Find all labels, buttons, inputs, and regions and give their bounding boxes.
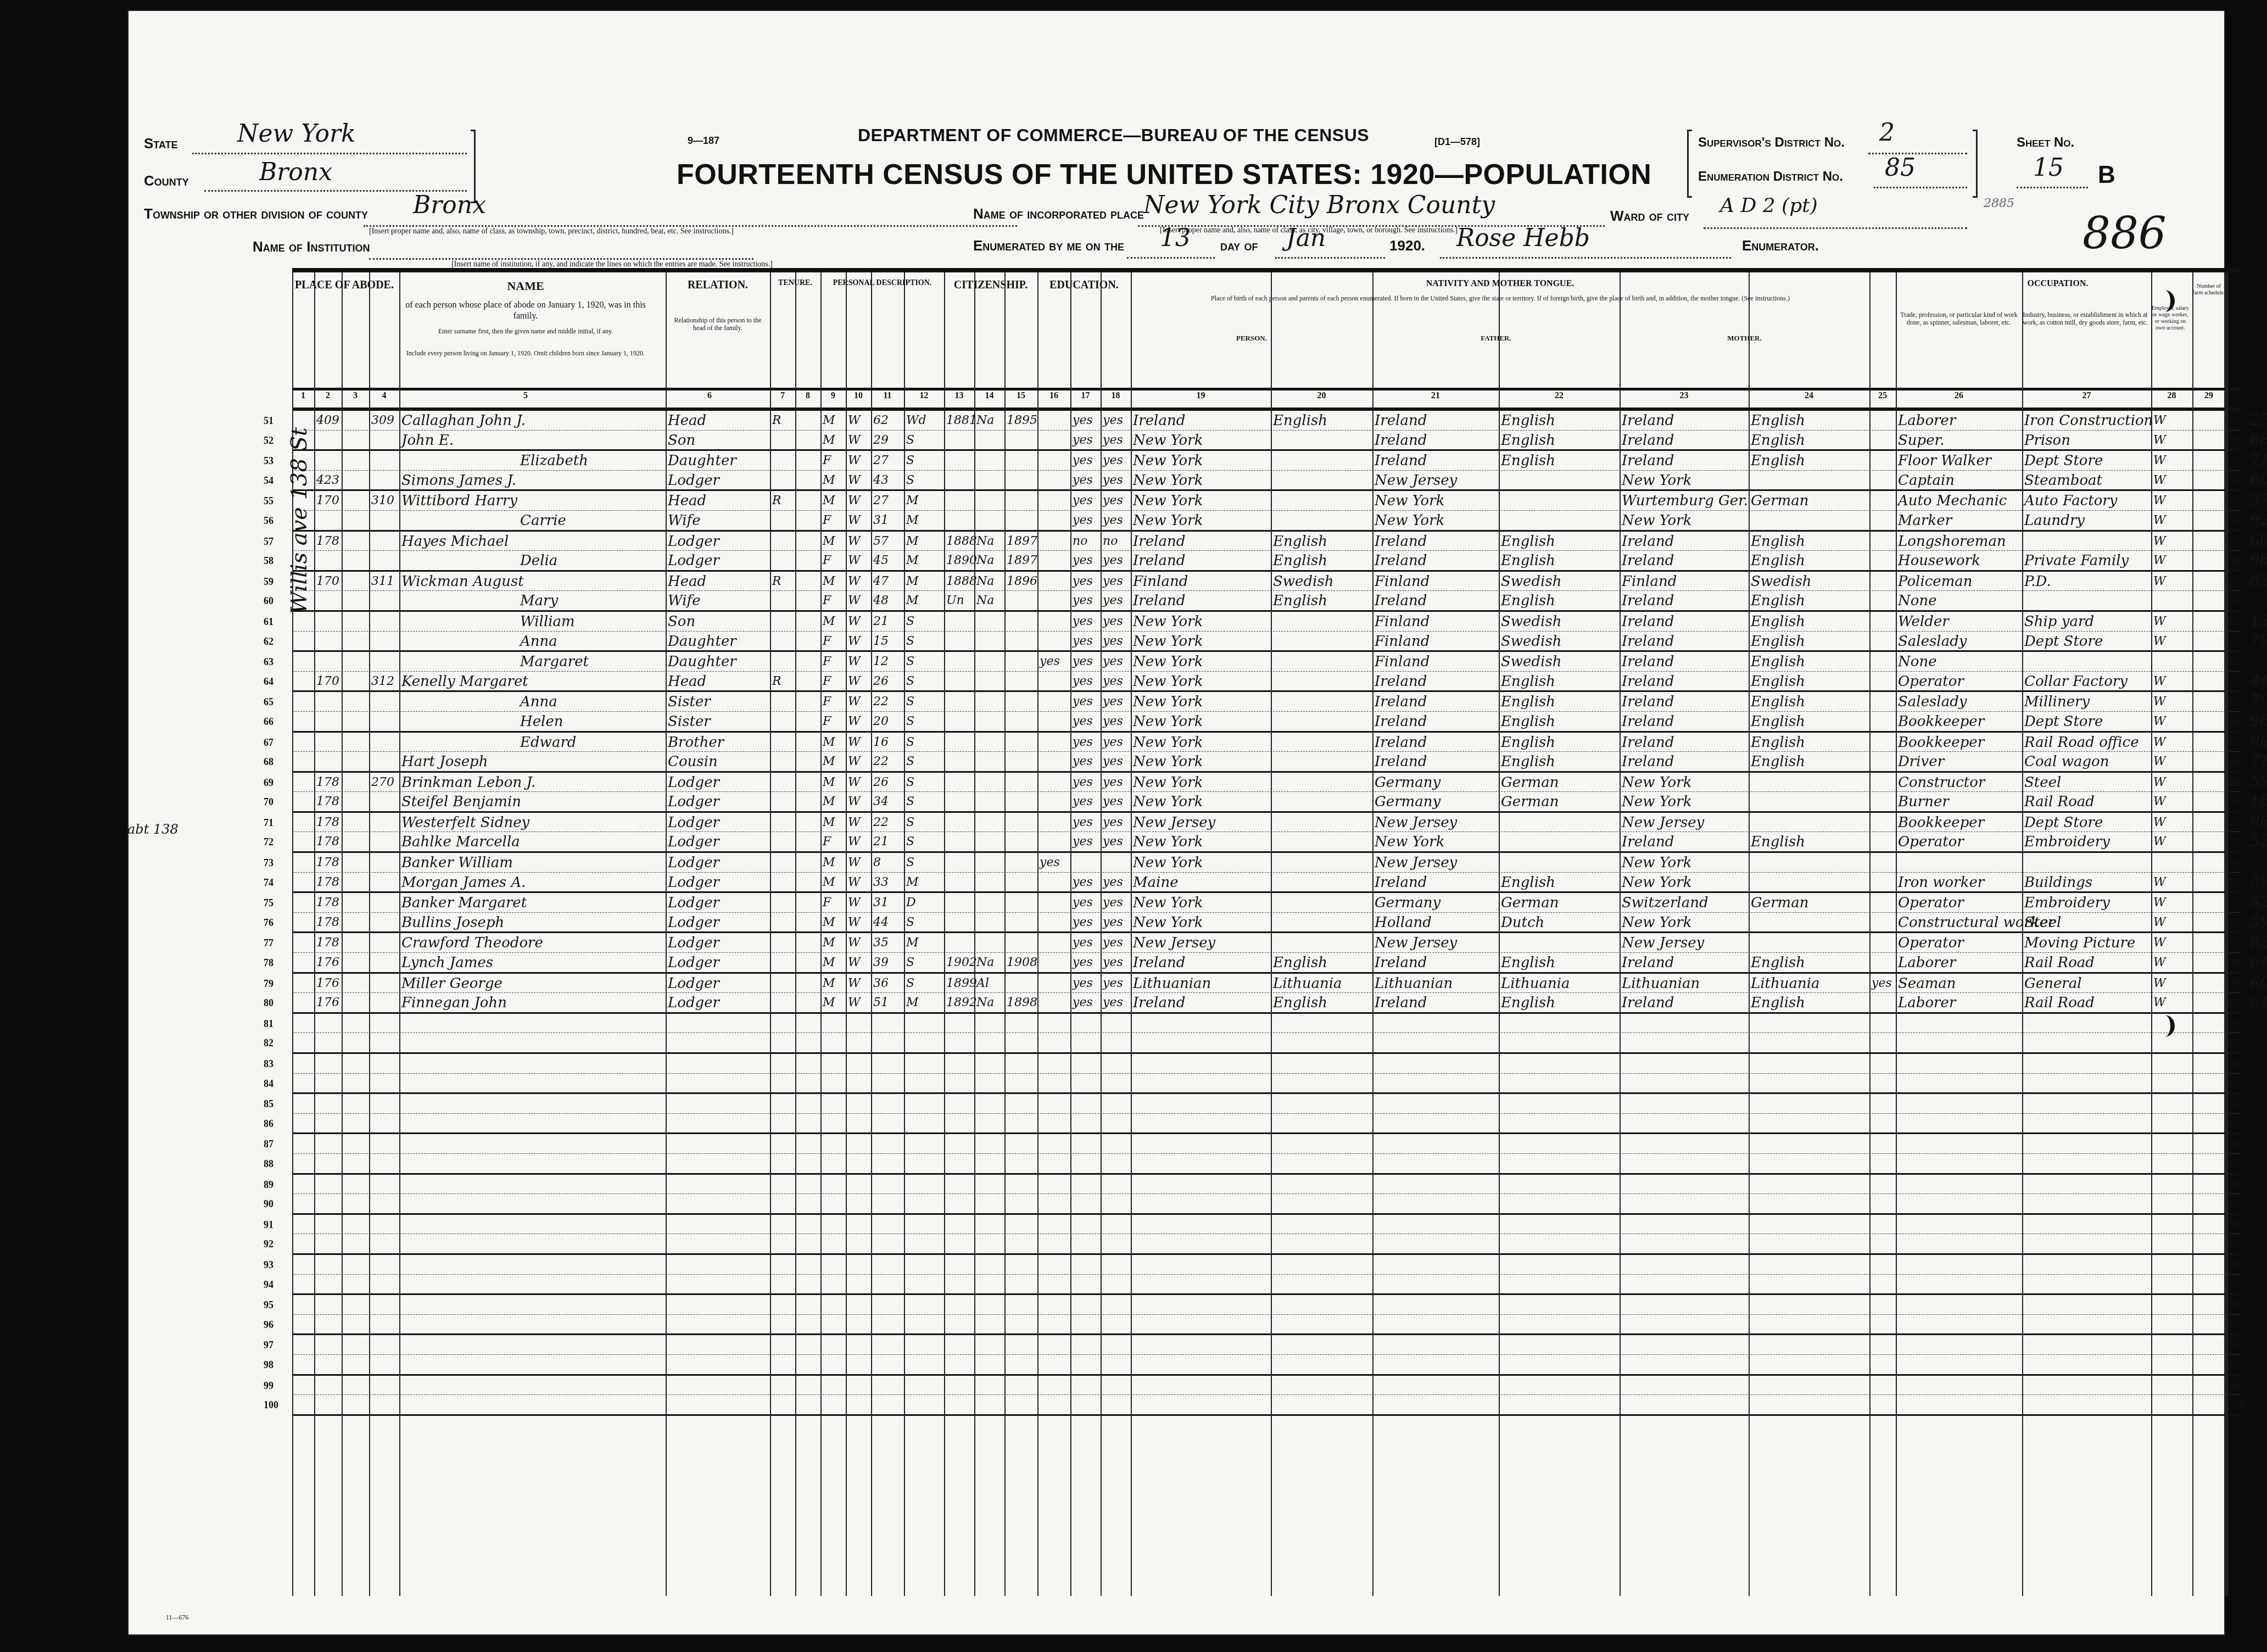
cell-marital: S	[906, 773, 914, 791]
cell-trade: Laborer	[1898, 411, 1956, 429]
column-number: 16	[1049, 391, 1058, 401]
cell-pob: New York	[1133, 712, 1203, 730]
cell-age: 34	[873, 792, 889, 811]
cell-age: 47	[873, 572, 889, 590]
enumeration-value: 85	[1885, 154, 1916, 182]
cell-write: yes	[1103, 632, 1123, 650]
cell-write: yes	[1103, 451, 1123, 470]
cell-trade: Marker	[1898, 511, 1952, 529]
line-number-right: 84	[2230, 1078, 2240, 1090]
cell-f-pob: New Jersey	[1375, 813, 1457, 831]
cell-age: 15	[873, 632, 889, 650]
cell-natyr: 1896	[1007, 572, 1037, 590]
line-number-right: 51	[2230, 415, 2240, 427]
table-row: 170310Wittibord HarryHeadRMW27MyesyesNew…	[292, 491, 2239, 511]
person-heading: PERSON.	[1131, 334, 1372, 343]
cell-industry: Dept Store	[2024, 813, 2103, 831]
cell-name: John E.	[401, 431, 454, 449]
cell-race: W	[848, 511, 861, 529]
cell-relation: Lodger	[668, 893, 719, 912]
cell-m-pob: New York	[1622, 511, 1691, 529]
cell-age: 62	[873, 411, 889, 429]
cell-pob: Ireland	[1133, 411, 1185, 429]
cell-sex: M	[823, 773, 835, 791]
cell-pob: New York	[1133, 893, 1203, 912]
line-number-right: 90	[2230, 1198, 2240, 1210]
cell-emp: W	[2153, 832, 2166, 851]
column-divider	[795, 272, 796, 1596]
line-number-right: 71	[2230, 817, 2240, 829]
column-divider	[1372, 272, 1373, 1596]
cell-immig: 1888	[946, 532, 977, 550]
cell-race: W	[848, 551, 861, 570]
occupation-code: 928	[2250, 511, 2267, 529]
cell-name: Delia	[520, 551, 557, 570]
cell-family: 310	[371, 491, 394, 510]
cell-write: yes	[1103, 491, 1123, 510]
cell-relation: Lodger	[668, 974, 719, 992]
table-row: WilliamSonMW21SyesyesNew YorkFinlandSwed…	[292, 612, 2239, 632]
cell-m-tongue: Lithuania	[1751, 974, 1820, 992]
occupation-code: 604	[2250, 532, 2267, 550]
cell-pob: Lithuanian	[1133, 974, 1211, 992]
cell-relation: Head	[668, 491, 706, 510]
cell-read: yes	[1073, 511, 1093, 529]
column-number: 7	[780, 391, 785, 401]
cell-trade: Super.	[1898, 431, 1944, 449]
cell-age: 39	[873, 953, 889, 972]
cell-f-pob: Ireland	[1375, 953, 1427, 972]
cell-marital: S	[906, 974, 914, 992]
line-number: 67	[264, 737, 273, 749]
cell-house: 178	[316, 913, 339, 931]
cell-age: 31	[873, 511, 889, 529]
line-number-right: 67	[2230, 737, 2240, 749]
cell-read: yes	[1073, 832, 1093, 851]
supervisor-value: 2	[1879, 119, 1895, 147]
cell-marital: S	[906, 792, 914, 811]
cell-f-tongue: Swedish	[1501, 632, 1562, 650]
occupation-code: 713	[2250, 451, 2267, 469]
cell-pob: New York	[1133, 632, 1203, 650]
day-of-label: day of	[1220, 237, 1258, 254]
cell-sex: M	[823, 933, 835, 952]
occupation-code: 138	[2250, 612, 2267, 630]
occupation-code: 988	[2250, 733, 2267, 751]
cell-relation: Lodger	[668, 993, 719, 1012]
cell-age: 29	[873, 431, 889, 449]
column-number: 6	[707, 391, 712, 401]
column-number: 25	[1878, 391, 1887, 401]
line-number: 86	[264, 1118, 273, 1130]
cell-m-pob: Ireland	[1622, 551, 1674, 570]
cell-nat: Na	[976, 551, 994, 570]
cell-pob: Ireland	[1133, 953, 1185, 972]
cell-m-pob: Ireland	[1622, 953, 1674, 972]
cell-emp: W	[2153, 712, 2166, 730]
cell-race: W	[848, 893, 861, 912]
cell-name: Kenelly Margaret	[401, 672, 528, 690]
cell-f-pob: Ireland	[1375, 591, 1427, 610]
cell-m-pob: New York	[1622, 773, 1691, 791]
cell-m-tongue: English	[1751, 652, 1805, 671]
column-divider	[314, 272, 315, 1596]
table-row: 9797	[292, 1335, 2239, 1355]
column-number: 24	[1805, 391, 1813, 401]
table-row: 8484	[292, 1074, 2239, 1095]
cell-m-pob: Ireland	[1622, 733, 1674, 751]
table-row: 9090	[292, 1194, 2239, 1215]
cell-trade: Operator	[1898, 933, 1964, 952]
cell-age: 51	[873, 993, 889, 1012]
table-row: 178Westerfelt SidneyLodgerMW22SyesyesNew…	[292, 813, 2239, 833]
cell-industry: Steel	[2024, 913, 2061, 931]
cell-marital: S	[906, 692, 914, 711]
line-number-right: 86	[2230, 1118, 2240, 1130]
cell-race: W	[848, 832, 861, 851]
line-number-right: 64	[2230, 676, 2240, 688]
cell-marital: M	[906, 873, 919, 891]
line-number: 64	[264, 676, 273, 688]
cell-m-pob: New York	[1622, 873, 1691, 891]
cell-name: Bullins Joseph	[401, 913, 504, 931]
column-divider	[2192, 272, 2193, 1596]
line-number: 90	[264, 1198, 273, 1210]
line-number: 60	[264, 595, 273, 607]
table-row: Hart JosephCousinMW22SyesyesNew YorkIrel…	[292, 752, 2239, 773]
column-number: 26	[1955, 391, 1963, 401]
cell-m-tongue: English	[1751, 752, 1805, 771]
table-row: 170311Wickman AugustHeadRMW47M1888Na1896…	[292, 572, 2239, 591]
cell-age: 8	[873, 853, 881, 872]
cell-tongue: English	[1273, 551, 1327, 570]
cell-marital: M	[906, 572, 919, 590]
name-desc: of each person whose place of abode on J…	[405, 300, 646, 322]
cell-f-tongue: English	[1501, 431, 1555, 449]
footer-code: 11—676	[166, 1614, 189, 1622]
cell-emp: W	[2153, 471, 2166, 489]
table-row: 176Miller GeorgeLodgerMW36S1899AlyesyesL…	[292, 974, 2239, 994]
cell-race: W	[848, 773, 861, 791]
cell-relation: Lodger	[668, 792, 719, 811]
cell-nat: Na	[976, 532, 994, 550]
cell-tongue: English	[1273, 953, 1327, 972]
cell-sex: F	[823, 893, 831, 912]
line-number-right: 69	[2230, 777, 2240, 789]
cell-age: 57	[873, 532, 889, 550]
cell-sex: M	[823, 993, 835, 1012]
table-row: 178Morgan James A.LodgerMW33MyesyesMaine…	[292, 873, 2239, 894]
cell-industry: Dept Store	[2024, 632, 2103, 650]
line-number: 75	[264, 897, 273, 909]
enumeration-label: Enumeration District No.	[1698, 169, 1843, 185]
cell-sex: M	[823, 752, 835, 771]
incorporated-place-value: New York City Bronx County	[1143, 191, 1495, 219]
line-number-right: 62	[2230, 636, 2240, 648]
cell-pob: New York	[1133, 853, 1203, 872]
cell-age: 22	[873, 752, 889, 771]
cell-emp: W	[2153, 752, 2166, 771]
group-place-of-abode: PLACE OF ABODE.	[292, 279, 397, 292]
cell-f-pob: Germany	[1375, 773, 1440, 791]
cell-immig: Un	[946, 591, 964, 610]
cell-marital: S	[906, 913, 914, 931]
cell-relation: Lodger	[668, 873, 719, 891]
column-divider	[974, 272, 975, 1596]
cell-natyr: 1898	[1007, 993, 1037, 1012]
column-divider	[1499, 272, 1500, 1596]
cell-emp: W	[2153, 773, 2166, 791]
cell-trade: Longshoreman	[1898, 532, 2006, 550]
cell-relation: Cousin	[668, 752, 718, 771]
cell-house: 176	[316, 974, 339, 992]
cell-write: yes	[1103, 933, 1123, 952]
line-number-right: 88	[2230, 1158, 2240, 1170]
cell-emp: W	[2153, 893, 2166, 912]
occupation-code: 988	[2250, 813, 2267, 831]
cell-relation: Lodger	[668, 471, 719, 489]
column-divider	[1037, 272, 1038, 1596]
line-number-right: 76	[2230, 917, 2240, 929]
occupation-code: 590	[2250, 913, 2267, 931]
occupation-code: 640	[2250, 993, 2267, 1011]
cell-marital: S	[906, 712, 914, 730]
table-row: 9393	[292, 1255, 2239, 1275]
cell-name: Lynch James	[401, 953, 493, 972]
cell-industry: Steel	[2024, 773, 2061, 791]
cell-family: 312	[371, 672, 394, 690]
cell-age: 21	[873, 612, 889, 630]
occupation-code: 820	[2250, 572, 2267, 590]
cell-sex: M	[823, 733, 835, 751]
cell-industry: Embroidery	[2024, 893, 2110, 912]
bracket	[1973, 130, 1978, 198]
cell-sex: M	[823, 813, 835, 831]
cell-relation: Wife	[668, 511, 701, 529]
cell-age: 44	[873, 913, 889, 931]
cell-sex: F	[823, 632, 831, 650]
line-number: 53	[264, 455, 273, 467]
line-number: 69	[264, 777, 273, 789]
line-number-right: 81	[2230, 1018, 2240, 1030]
column-divider	[1749, 272, 1750, 1596]
cell-sex: M	[823, 612, 835, 630]
industry-desc: Industry, business, or establishment in …	[2022, 311, 2148, 326]
cell-industry: Millinery	[2024, 692, 2090, 711]
cell-immig: 1888	[946, 572, 977, 590]
column-divider	[666, 272, 667, 1596]
cell-marital: M	[906, 551, 919, 570]
cell-relation: Lodger	[668, 953, 719, 972]
cell-race: W	[848, 451, 861, 470]
cell-race: W	[848, 752, 861, 771]
cell-immig: 1899	[946, 974, 977, 992]
cell-m-tongue: Swedish	[1751, 572, 1812, 590]
binding-hole	[2154, 290, 2175, 312]
cell-age: 22	[873, 692, 889, 711]
page-title: FOURTEENTH CENSUS OF THE UNITED STATES: …	[677, 158, 1651, 191]
column-divider	[2225, 272, 2228, 1596]
cell-read: yes	[1073, 752, 1093, 771]
cell-house: 170	[316, 491, 339, 510]
cell-read: yes	[1073, 431, 1093, 449]
column-number: 20	[1317, 391, 1326, 401]
cell-pob: Ireland	[1133, 993, 1185, 1012]
line-number: 89	[264, 1179, 273, 1191]
column-divider	[944, 272, 945, 1596]
cell-m-tongue: English	[1751, 551, 1805, 570]
line-number: 54	[264, 475, 273, 487]
cell-m-tongue: English	[1751, 451, 1805, 470]
cell-house: 178	[316, 773, 339, 791]
group-education: EDUCATION.	[1037, 279, 1131, 292]
cell-industry: Rail Road office	[2024, 733, 2139, 751]
cell-name: Finnegan John	[401, 993, 507, 1012]
line-number: 84	[264, 1078, 273, 1090]
column-number: 18	[1112, 391, 1120, 401]
table-row: 8787	[292, 1134, 2239, 1154]
cell-m-tongue: English	[1751, 632, 1805, 650]
cell-trade: Constructor	[1898, 773, 1985, 791]
cell-age: 26	[873, 672, 889, 690]
cell-m-pob: New York	[1622, 471, 1691, 489]
cell-m-tongue: English	[1751, 993, 1805, 1012]
line-number-right: 58	[2230, 555, 2240, 567]
cell-sex: M	[823, 853, 835, 872]
cell-name: Miller George	[401, 974, 502, 992]
cell-write: yes	[1103, 813, 1123, 831]
line-number: 58	[264, 555, 273, 567]
cell-read: yes	[1073, 572, 1093, 590]
column-number: 11	[883, 391, 891, 401]
cell-name: Hayes Michael	[401, 532, 509, 550]
cell-house: 178	[316, 873, 339, 891]
supervisor-label: Supervisor's District No.	[1698, 135, 1845, 150]
cell-m-pob: Ireland	[1622, 431, 1674, 449]
cell-read: yes	[1073, 974, 1093, 992]
cell-relation: Lodger	[668, 913, 719, 931]
cell-write: yes	[1103, 431, 1123, 449]
cell-relation: Head	[668, 411, 706, 429]
cell-sex: F	[823, 712, 831, 730]
cell-name: Crawford Theodore	[401, 933, 543, 952]
cell-f-pob: Ireland	[1375, 692, 1427, 711]
column-number-row: 1234567891011121314151617181920212223242…	[292, 388, 2239, 411]
cell-race: W	[848, 532, 861, 550]
occupation-code: 526	[2250, 832, 2267, 850]
column-divider	[820, 272, 822, 1596]
cell-sex: M	[823, 913, 835, 931]
cell-emp: W	[2153, 411, 2166, 429]
cell-read: yes	[1073, 591, 1093, 610]
cell-relation: Lodger	[668, 532, 719, 550]
cell-m-pob: Ireland	[1622, 632, 1674, 650]
line-number-right: 99	[2230, 1380, 2240, 1392]
cell-tenure: R	[772, 491, 781, 510]
table-row: 170312Kenelly MargaretHeadRFW26SyesyesNe…	[292, 672, 2239, 693]
line-number-right: 80	[2230, 997, 2240, 1009]
cell-f-pob: Finland	[1375, 572, 1430, 590]
cell-marital: S	[906, 752, 914, 771]
cell-industry: Embroidery	[2024, 832, 2110, 851]
column-number: 28	[2168, 391, 2176, 401]
cell-m-pob: Ireland	[1622, 993, 1674, 1012]
occupation-code: 180	[2250, 792, 2267, 810]
cell-emp: W	[2153, 491, 2166, 510]
cell-m-tongue: English	[1751, 953, 1805, 972]
cell-family: 311	[371, 572, 394, 590]
cell-marital: S	[906, 853, 914, 872]
line-number: 61	[264, 616, 273, 628]
line-number-right: 95	[2230, 1299, 2240, 1311]
cell-m-pob: Ireland	[1622, 672, 1674, 690]
cell-f-pob: Ireland	[1375, 712, 1427, 730]
cell-family: 309	[371, 411, 394, 429]
line-number-right: 63	[2230, 656, 2240, 668]
table-row: 8989	[292, 1175, 2239, 1195]
cell-trade: Operator	[1898, 832, 1964, 851]
cell-sex: M	[823, 873, 835, 891]
cell-f-tongue: English	[1501, 733, 1555, 751]
cell-m-pob: Ireland	[1622, 712, 1674, 730]
column-divider	[770, 272, 771, 1596]
cell-trade: Saleslady	[1898, 632, 1967, 650]
cell-marital: S	[906, 652, 914, 671]
cell-immig: 1881	[946, 411, 977, 429]
occupation-code: 526	[2250, 893, 2267, 911]
cell-tenure: R	[772, 411, 781, 429]
line-number-right: 52	[2230, 435, 2240, 447]
line-number: 62	[264, 636, 273, 648]
cell-m-pob: Switzerland	[1622, 893, 1708, 912]
line-number-right: 56	[2230, 515, 2240, 527]
table-row: 8383	[292, 1054, 2239, 1074]
line-number: 76	[264, 917, 273, 929]
line-number: 77	[264, 937, 273, 949]
table-row: 9494	[292, 1275, 2239, 1296]
cell-m-pob: Ireland	[1622, 692, 1674, 711]
cell-pob: Maine	[1133, 873, 1179, 891]
cell-read: yes	[1073, 873, 1093, 891]
cell-read: yes	[1073, 672, 1093, 690]
cell-industry: Steamboat	[2024, 471, 2102, 489]
state-label: State	[144, 135, 178, 152]
cell-pob: New York	[1133, 832, 1203, 851]
cell-write: yes	[1103, 692, 1123, 711]
cell-read: yes	[1073, 632, 1093, 650]
bracket	[1687, 130, 1692, 198]
cell-pob: New York	[1133, 792, 1203, 811]
line-number-right: 57	[2230, 536, 2240, 548]
line-number: 96	[264, 1319, 273, 1331]
cell-read: no	[1073, 532, 1087, 550]
cell-pob: New York	[1133, 773, 1203, 791]
cell-age: 45	[873, 551, 889, 570]
occupation-code: 885	[2250, 431, 2267, 449]
cell-sex: M	[823, 953, 835, 972]
line-number: 80	[264, 997, 273, 1009]
cell-name: Westerfelt Sidney	[401, 813, 529, 831]
cell-f-pob: Ireland	[1375, 551, 1427, 570]
county-value: Bronx	[259, 158, 332, 186]
cell-read: yes	[1073, 411, 1093, 429]
cell-relation: Sister	[668, 692, 711, 711]
cell-house: 178	[316, 532, 339, 550]
cell-pob: New York	[1133, 471, 1203, 489]
occupation-code: 606	[2250, 974, 2267, 992]
line-number: 73	[264, 857, 273, 869]
cell-pob: New York	[1133, 491, 1203, 510]
